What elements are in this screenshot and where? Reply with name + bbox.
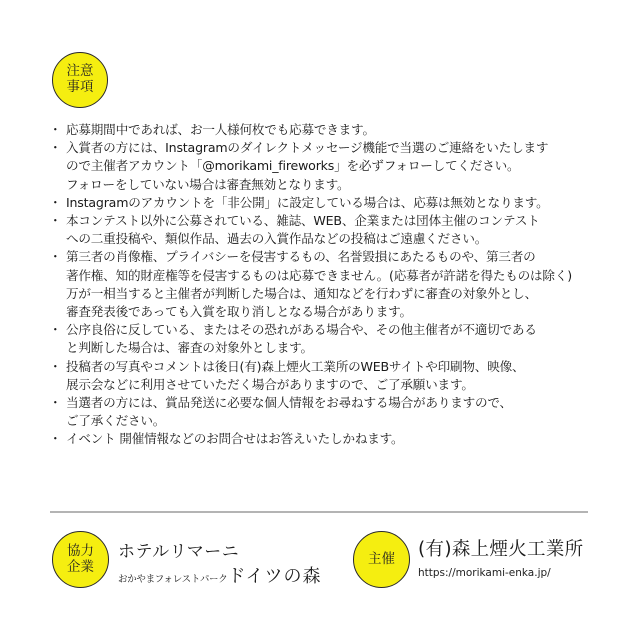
note-item: 投稿者の写真やコメントは後日(有)森上煙火工業所のWEBサイトや印刷物、映像、 … [50,358,610,394]
note-item: 公序良俗に反している、またはその恐れがある場合や、その他主催者が不適切である と… [50,321,610,357]
cooperation-badge: 協力 企業 [52,531,109,588]
note-line: 著作権、知的財産権等を侵害するものは応募できません。(応募者が許諾を得たものは除… [66,267,610,285]
cooperation-company-name: ホテルリマーニ [118,537,239,562]
note-line: 応募期間中であれば、お一人様何枚でも応募できます。 [66,121,610,139]
note-line: イベント 開催情報などのお問合せはお答えいたしかねます。 [66,430,610,448]
host-badge: 主催 [353,531,410,588]
note-item: イベント 開催情報などのお問合せはお答えいたしかねます。 [50,430,610,448]
note-line: 本コンテスト以外に公募されている、雑誌、WEB、企業または団体主催のコンテスト [66,212,610,230]
note-line: ご了承ください。 [66,412,610,430]
note-item: 当選者の方には、賞品発送に必要な個人情報をお尋ねする場合がありますので、 ご了承… [50,394,610,430]
host-url-link[interactable]: https://morikami-enka.jp/ [418,567,551,579]
note-line: への二重投稿や、類似作品、過去の入賞作品などの投稿はご遠慮ください。 [66,230,610,248]
note-line: 第三者の肖像権、プライバシーを侵害するもの、名誉毀損にあたるものや、第三者の [66,248,610,266]
host-badge-label: 主催 [368,552,395,568]
note-line: フォローをしていない場合は審査無効となります。 [66,176,610,194]
notice-badge-line1: 注意 [67,64,94,80]
note-line: Instagramのアカウントを「非公開」に設定している場合は、応募は無効となり… [66,194,610,212]
cooperation-company-sub: おかやまフォレストパーク ドイツの森 [118,562,322,588]
note-item: Instagramのアカウントを「非公開」に設定している場合は、応募は無効となり… [50,194,610,212]
note-item: 応募期間中であれば、お一人様何枚でも応募できます。 [50,121,610,139]
note-item: 第三者の肖像権、プライバシーを侵害するもの、名誉毀損にあたるものや、第三者の 著… [50,248,610,321]
note-line: と判断した場合は、審査の対象外とします。 [66,339,610,357]
note-line: 展示会などに利用させていただく場合がありますので、ご了承願います。 [66,376,610,394]
cooperation-badge-line2: 企業 [67,560,94,576]
notice-badge-line2: 事項 [67,80,94,96]
cooperation-sub-small: おかやまフォレストパーク [118,571,227,585]
note-line: 入賞者の方には、Instagramのダイレクトメッセージ機能で当選のご連絡をいた… [66,139,610,157]
note-item: 入賞者の方には、Instagramのダイレクトメッセージ機能で当選のご連絡をいた… [50,139,610,194]
note-line: 万が一相当すると主催者が判断した場合は、通知などを行わずに審査の対象外とし、 [66,285,610,303]
note-line: 公序良俗に反している、またはその恐れがある場合や、その他主催者が不適切である [66,321,610,339]
note-line: 投稿者の写真やコメントは後日(有)森上煙火工業所のWEBサイトや印刷物、映像、 [66,358,610,376]
note-line: 審査発表後であっても入賞を取り消しとなる場合があります。 [66,303,610,321]
cooperation-badge-line1: 協力 [67,544,94,560]
cooperation-sub-big: ドイツの森 [227,562,321,588]
notes-list: 応募期間中であれば、お一人様何枚でも応募できます。 入賞者の方には、Instag… [50,121,610,449]
note-item: 本コンテスト以外に公募されている、雑誌、WEB、企業または団体主催のコンテスト … [50,212,610,248]
note-line: 当選者の方には、賞品発送に必要な個人情報をお尋ねする場合がありますので、 [66,394,610,412]
notice-badge: 注意 事項 [52,52,108,108]
footer-divider [50,511,588,513]
note-line: ので主催者アカウント「@morikami_fireworks」を必ずフォローして… [66,157,610,175]
host-company-name: (有)森上煙火工業所 [418,535,583,561]
